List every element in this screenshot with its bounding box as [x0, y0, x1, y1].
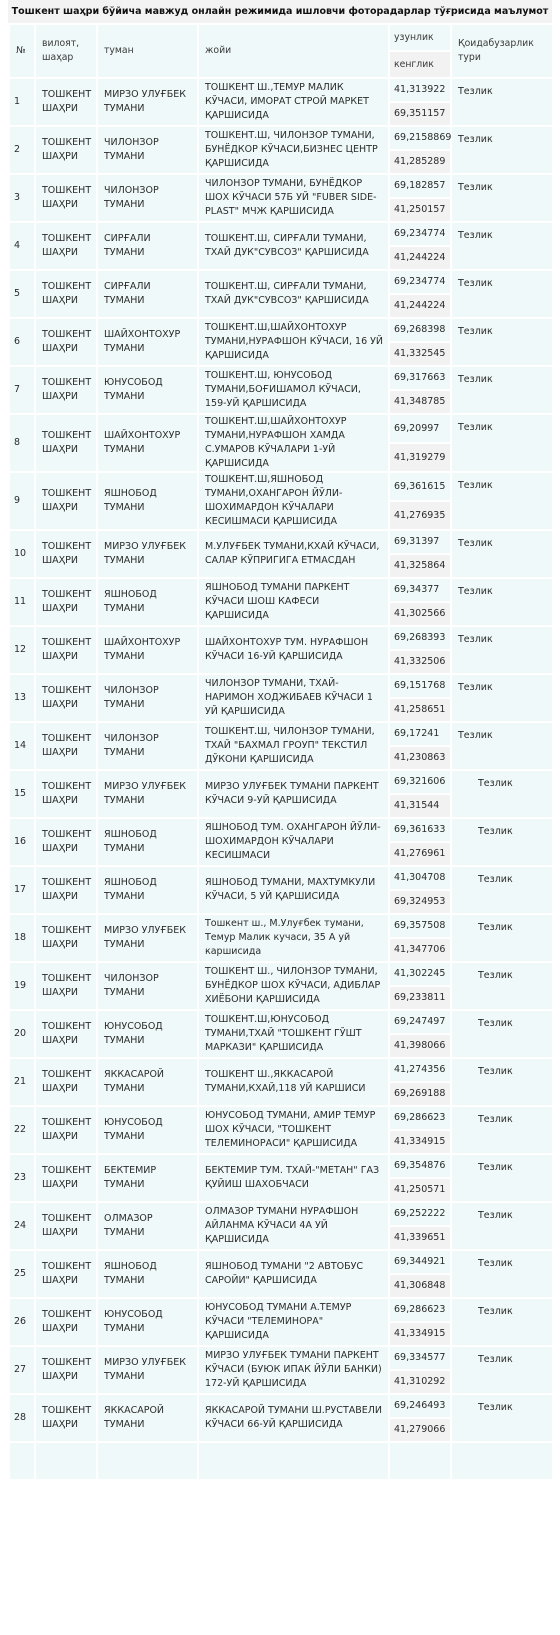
row-district: ЯШНОБОД ТУМАНИ [97, 472, 198, 530]
row-number: 22 [9, 1106, 35, 1154]
row-violation-type: Тезлик [451, 366, 553, 414]
row-location: ТОШКЕНТ Ш., ЧИЛОНЗОР ТУМАНИ, БУНЁДКОР ШО… [198, 962, 389, 1010]
row-district: МИРЗО УЛУҒБЕК ТУМАНИ [97, 770, 198, 818]
row-coordinate-2: 41,398066 [389, 1034, 451, 1058]
row-region: ТОШКЕНТ ШАҲРИ [35, 1202, 97, 1250]
header-region: вилоят, шаҳар [35, 24, 97, 78]
row-number: 19 [9, 962, 35, 1010]
table-row: 22ТОШКЕНТ ШАҲРИЮНУСОБОД ТУМАНИЮНУСОБОД Т… [9, 1106, 553, 1130]
table-row-empty [9, 1442, 553, 1480]
row-location: ТОШКЕНТ.Ш, ЧИЛОНЗОР ТУМАНИ, БУНЁДКОР КЎЧ… [198, 126, 389, 174]
row-region: ТОШКЕНТ ШАҲРИ [35, 1394, 97, 1442]
row-coordinate-2: 41,279066 [389, 1418, 451, 1442]
row-coordinate-1: 69,334577 [389, 1346, 451, 1370]
table-row: 28ТОШКЕНТ ШАҲРИЯККАСАРОЙ ТУМАНИЯККАСАРОЙ… [9, 1394, 553, 1418]
row-coordinate-2: 41,332506 [389, 650, 451, 674]
table-row: 8ТОШКЕНТ ШАҲРИШАЙХОНТОХУР ТУМАНИТОШКЕНТ.… [9, 414, 553, 443]
row-region: ТОШКЕНТ ШАҲРИ [35, 318, 97, 366]
row-district: ОЛМАЗОР ТУМАНИ [97, 1202, 198, 1250]
row-location: МИРЗО УЛУҒБЕК ТУМАНИ ПАРКЕНТ КЎЧАСИ 9-УЙ… [198, 770, 389, 818]
row-district: ЧИЛОНЗОР ТУМАНИ [97, 126, 198, 174]
row-number: 18 [9, 914, 35, 962]
row-coordinate-1: 69,17241 [389, 722, 451, 746]
table-row: 5ТОШКЕНТ ШАҲРИСИРҒАЛИ ТУМАНИТОШКЕНТ.Ш, С… [9, 270, 553, 294]
row-district: ЯШНОБОД ТУМАНИ [97, 818, 198, 866]
row-violation-type: Тезлик [451, 866, 553, 914]
table-row: 15ТОШКЕНТ ШАҲРИМИРЗО УЛУҒБЕК ТУМАНИМИРЗО… [9, 770, 553, 794]
row-region: ТОШКЕНТ ШАҲРИ [35, 366, 97, 414]
row-location: ЧИЛОНЗОР ТУМАНИ, БУНЁДКОР ШОХ КЎЧАСИ 57Б… [198, 174, 389, 222]
row-region: ТОШКЕНТ ШАҲРИ [35, 1154, 97, 1202]
row-violation-type: Тезлик [451, 1010, 553, 1058]
row-violation-type: Тезлик [451, 626, 553, 674]
row-region: ТОШКЕНТ ШАҲРИ [35, 174, 97, 222]
row-coordinate-1: 69,2158869 [389, 126, 451, 150]
row-location: Тошкент ш., М.Улуғбек тумани, Темур Мали… [198, 914, 389, 962]
radar-table: № вилоят, шаҳар туман жойи узунлик Қоида… [8, 23, 554, 1481]
row-location: ЯШНОБОД ТУМ. ОХАНГАРОН ЙЎЛИ-ШОХИМАРДОН К… [198, 818, 389, 866]
row-number: 6 [9, 318, 35, 366]
row-coordinate-2: 41,348785 [389, 390, 451, 414]
row-district: ШАЙХОНТОХУР ТУМАНИ [97, 626, 198, 674]
row-location: БЕКТЕМИР ТУМ. ТХАЙ-"МЕТАН" ГАЗ ҚУЙИШ ШАХ… [198, 1154, 389, 1202]
row-district: ЯШНОБОД ТУМАНИ [97, 866, 198, 914]
row-location: ТОШКЕНТ.Ш, СИРҒАЛИ ТУМАНИ, ТХАЙ ДУК"СУВС… [198, 222, 389, 270]
row-district: ЮНУСОБОД ТУМАНИ [97, 1010, 198, 1058]
row-region: ТОШКЕНТ ШАҲРИ [35, 270, 97, 318]
row-region: ТОШКЕНТ ШАҲРИ [35, 1346, 97, 1394]
table-row: 20ТОШКЕНТ ШАҲРИЮНУСОБОД ТУМАНИТОШКЕНТ.Ш,… [9, 1010, 553, 1034]
row-coordinate-1: 69,182857 [389, 174, 451, 198]
empty-cell [35, 1442, 97, 1480]
table-row: 10ТОШКЕНТ ШАҲРИМИРЗО УЛУҒБЕК ТУМАНИМ.УЛУ… [9, 530, 553, 554]
row-location: ТОШКЕНТ.Ш, ЧИЛОНЗОР ТУМАНИ, ТХАЙ "БАХМАЛ… [198, 722, 389, 770]
row-region: ТОШКЕНТ ШАҲРИ [35, 222, 97, 270]
row-coordinate-1: 69,286623 [389, 1106, 451, 1130]
row-number: 20 [9, 1010, 35, 1058]
header-district: туман [97, 24, 198, 78]
row-coordinate-2: 41,325864 [389, 554, 451, 578]
row-district: ЯШНОБОД ТУМАНИ [97, 578, 198, 626]
row-coordinate-1: 69,31397 [389, 530, 451, 554]
row-coordinate-1: 69,151768 [389, 674, 451, 698]
table-row: 3ТОШКЕНТ ШАҲРИЧИЛОНЗОР ТУМАНИЧИЛОНЗОР ТУ… [9, 174, 553, 198]
row-violation-type: Тезлик [451, 818, 553, 866]
row-violation-type: Тезлик [451, 914, 553, 962]
row-violation-type: Тезлик [451, 1394, 553, 1442]
row-coordinate-2: 41,306848 [389, 1274, 451, 1298]
row-number: 8 [9, 414, 35, 472]
row-number: 3 [9, 174, 35, 222]
row-violation-type: Тезлик [451, 270, 553, 318]
row-violation-type: Тезлик [451, 722, 553, 770]
row-coordinate-1: 69,317663 [389, 366, 451, 390]
row-district: ЮНУСОБОД ТУМАНИ [97, 1106, 198, 1154]
row-coordinate-1: 69,252222 [389, 1202, 451, 1226]
row-location: ТОШКЕНТ.Ш,ШАЙХОНТОХУР ТУМАНИ,НУРАФШОН ХА… [198, 414, 389, 472]
row-number: 5 [9, 270, 35, 318]
row-coordinate-1: 69,246493 [389, 1394, 451, 1418]
row-coordinate-2: 41,332545 [389, 342, 451, 366]
table-body: 1ТОШКЕНТ ШАҲРИМИРЗО УЛУҒБЕК ТУМАНИТОШКЕН… [9, 78, 553, 1480]
row-coordinate-2: 69,351157 [389, 102, 451, 126]
row-region: ТОШКЕНТ ШАҲРИ [35, 530, 97, 578]
row-number: 1 [9, 78, 35, 126]
row-coordinate-2: 41,310292 [389, 1370, 451, 1394]
empty-cell [198, 1442, 389, 1480]
row-number: 17 [9, 866, 35, 914]
header-latitude: кенглик [389, 51, 451, 78]
row-region: ТОШКЕНТ ШАҲРИ [35, 770, 97, 818]
row-number: 7 [9, 366, 35, 414]
row-coordinate-2: 41,347706 [389, 938, 451, 962]
row-district: ЧИЛОНЗОР ТУМАНИ [97, 722, 198, 770]
row-coordinate-1: 69,234774 [389, 270, 451, 294]
empty-cell [451, 1442, 553, 1480]
row-district: СИРҒАЛИ ТУМАНИ [97, 222, 198, 270]
row-coordinate-1: 41,302245 [389, 962, 451, 986]
row-number: 9 [9, 472, 35, 530]
table-row: 16ТОШКЕНТ ШАҲРИЯШНОБОД ТУМАНИЯШНОБОД ТУМ… [9, 818, 553, 842]
table-row: 14ТОШКЕНТ ШАҲРИЧИЛОНЗОР ТУМАНИТОШКЕНТ.Ш,… [9, 722, 553, 746]
header-location: жойи [198, 24, 389, 78]
row-coordinate-1: 69,234774 [389, 222, 451, 246]
header-longitude: узунлик [389, 24, 451, 51]
row-region: ТОШКЕНТ ШАҲРИ [35, 626, 97, 674]
row-district: ЧИЛОНЗОР ТУМАНИ [97, 174, 198, 222]
row-violation-type: Тезлик [451, 472, 553, 530]
table-row: 4ТОШКЕНТ ШАҲРИСИРҒАЛИ ТУМАНИТОШКЕНТ.Ш, С… [9, 222, 553, 246]
row-region: ТОШКЕНТ ШАҲРИ [35, 414, 97, 472]
row-violation-type: Тезлик [451, 1346, 553, 1394]
row-coordinate-1: 69,247497 [389, 1010, 451, 1034]
row-violation-type: Тезлик [451, 1250, 553, 1298]
row-coordinate-1: 69,286623 [389, 1298, 451, 1322]
table-row: 9ТОШКЕНТ ШАҲРИЯШНОБОД ТУМАНИТОШКЕНТ.Ш,ЯШ… [9, 472, 553, 501]
row-violation-type: Тезлик [451, 962, 553, 1010]
row-coordinate-2: 41,285289 [389, 150, 451, 174]
row-coordinate-2: 41,276935 [389, 501, 451, 530]
table-row: 17ТОШКЕНТ ШАҲРИЯШНОБОД ТУМАНИЯШНОБОД ТУМ… [9, 866, 553, 890]
row-location: ЧИЛОНЗОР ТУМАНИ, ТХАЙ-НАРИМОН ХОДЖИБАЕВ … [198, 674, 389, 722]
row-coordinate-1: 69,354876 [389, 1154, 451, 1178]
table-row: 18ТОШКЕНТ ШАҲРИМИРЗО УЛУҒБЕК ТУМАНИТошке… [9, 914, 553, 938]
table-row: 23ТОШКЕНТ ШАҲРИБЕКТЕМИР ТУМАНИБЕКТЕМИР Т… [9, 1154, 553, 1178]
row-location: ЮНУСОБОД ТУМАНИ А.ТЕМУР КЎЧАСИ "ТЕЛЕМИНО… [198, 1298, 389, 1346]
table-row: 1ТОШКЕНТ ШАҲРИМИРЗО УЛУҒБЕК ТУМАНИТОШКЕН… [9, 78, 553, 102]
row-coordinate-1: 41,274356 [389, 1058, 451, 1082]
table-row: 2ТОШКЕНТ ШАҲРИЧИЛОНЗОР ТУМАНИТОШКЕНТ.Ш, … [9, 126, 553, 150]
table-row: 26ТОШКЕНТ ШАҲРИЮНУСОБОД ТУМАНИЮНУСОБОД Т… [9, 1298, 553, 1322]
table-row: 19ТОШКЕНТ ШАҲРИЧИЛОНЗОР ТУМАНИТОШКЕНТ Ш.… [9, 962, 553, 986]
row-violation-type: Тезлик [451, 174, 553, 222]
row-violation-type: Тезлик [451, 674, 553, 722]
row-location: ШАЙХОНТОХУР ТУМ. НУРАФШОН КЎЧАСИ 16-УЙ Қ… [198, 626, 389, 674]
row-coordinate-2: 41,244224 [389, 246, 451, 270]
row-coordinate-2: 41,339651 [389, 1226, 451, 1250]
row-coordinate-2: 69,233811 [389, 986, 451, 1010]
row-region: ТОШКЕНТ ШАҲРИ [35, 78, 97, 126]
row-coordinate-2: 41,334915 [389, 1322, 451, 1346]
row-district: ШАЙХОНТОХУР ТУМАНИ [97, 318, 198, 366]
row-district: БЕКТЕМИР ТУМАНИ [97, 1154, 198, 1202]
row-number: 14 [9, 722, 35, 770]
table-row: 12ТОШКЕНТ ШАҲРИШАЙХОНТОХУР ТУМАНИШАЙХОНТ… [9, 626, 553, 650]
table-row: 27ТОШКЕНТ ШАҲРИМИРЗО УЛУҒБЕК ТУМАНИМИРЗО… [9, 1346, 553, 1370]
header-violation-type: Қоидабузарлик тури [451, 24, 553, 78]
empty-cell [389, 1442, 451, 1480]
row-violation-type: Тезлик [451, 530, 553, 578]
table-row: 11ТОШКЕНТ ШАҲРИЯШНОБОД ТУМАНИЯШНОБОД ТУМ… [9, 578, 553, 602]
row-number: 15 [9, 770, 35, 818]
row-number: 23 [9, 1154, 35, 1202]
row-district: МИРЗО УЛУҒБЕК ТУМАНИ [97, 530, 198, 578]
row-number: 21 [9, 1058, 35, 1106]
empty-cell [97, 1442, 198, 1480]
row-number: 4 [9, 222, 35, 270]
row-coordinate-1: 69,361633 [389, 818, 451, 842]
row-number: 2 [9, 126, 35, 174]
row-violation-type: Тезлик [451, 126, 553, 174]
row-coordinate-2: 41,302566 [389, 602, 451, 626]
radar-info-document: Тошкент шаҳри бўйича мавжуд онлайн режим… [8, 0, 552, 1481]
row-coordinate-2: 41,276961 [389, 842, 451, 866]
page-title: Тошкент шаҳри бўйича мавжуд онлайн режим… [8, 0, 552, 23]
row-coordinate-2: 41,250571 [389, 1178, 451, 1202]
row-coordinate-1: 41,304708 [389, 866, 451, 890]
row-coordinate-1: 69,268393 [389, 626, 451, 650]
row-district: ЯШНОБОД ТУМАНИ [97, 1250, 198, 1298]
row-coordinate-2: 41,31544 [389, 794, 451, 818]
table-header: № вилоят, шаҳар туман жойи узунлик Қоида… [9, 24, 553, 78]
row-number: 16 [9, 818, 35, 866]
row-number: 27 [9, 1346, 35, 1394]
row-district: СИРҒАЛИ ТУМАНИ [97, 270, 198, 318]
row-district: ЮНУСОБОД ТУМАНИ [97, 366, 198, 414]
row-region: ТОШКЕНТ ШАҲРИ [35, 866, 97, 914]
row-coordinate-2: 41,258651 [389, 698, 451, 722]
row-violation-type: Тезлик [451, 222, 553, 270]
row-region: ТОШКЕНТ ШАҲРИ [35, 1058, 97, 1106]
row-district: ЧИЛОНЗОР ТУМАНИ [97, 674, 198, 722]
row-location: ЯШНОБОД ТУМАНИ, МАХТУМКУЛИ КЎЧАСИ, 5 УЙ … [198, 866, 389, 914]
row-coordinate-2: 41,250157 [389, 198, 451, 222]
row-location: ТОШКЕНТ.Ш, СИРҒАЛИ ТУМАНИ, ТХАЙ ДУК"СУВС… [198, 270, 389, 318]
row-violation-type: Тезлик [451, 318, 553, 366]
row-location: ТОШКЕНТ Ш.,ТЕМУР МАЛИК КЎЧАСИ, ИМОРАТ СТ… [198, 78, 389, 126]
row-location: ЯШНОБОД ТУМАНИ ПАРКЕНТ КЎЧАСИ ШОШ КАФЕСИ… [198, 578, 389, 626]
row-district: ЧИЛОНЗОР ТУМАНИ [97, 962, 198, 1010]
row-number: 25 [9, 1250, 35, 1298]
table-row: 7ТОШКЕНТ ШАҲРИЮНУСОБОД ТУМАНИТОШКЕНТ.Ш, … [9, 366, 553, 390]
row-violation-type: Тезлик [451, 1154, 553, 1202]
row-location: ОЛМАЗОР ТУМАНИ НУРАФШОН АЙЛАНМА КЎЧАСИ 4… [198, 1202, 389, 1250]
row-coordinate-1: 69,344921 [389, 1250, 451, 1274]
row-region: ТОШКЕНТ ШАҲРИ [35, 914, 97, 962]
row-coordinate-1: 69,34377 [389, 578, 451, 602]
row-region: ТОШКЕНТ ШАҲРИ [35, 818, 97, 866]
row-district: МИРЗО УЛУҒБЕК ТУМАНИ [97, 914, 198, 962]
row-coordinate-2: 41,319279 [389, 443, 451, 472]
row-location: ТОШКЕНТ.Ш, ЮНУСОБОД ТУМАНИ,БОҒИШАМОЛ КЎЧ… [198, 366, 389, 414]
row-district: ШАЙХОНТОХУР ТУМАНИ [97, 414, 198, 472]
row-number: 26 [9, 1298, 35, 1346]
row-region: ТОШКЕНТ ШАҲРИ [35, 962, 97, 1010]
row-district: ЯККАСАРОЙ ТУМАНИ [97, 1394, 198, 1442]
row-location: ТОШКЕНТ.Ш,ЯШНОБОД ТУМАНИ,ОХАНГАРОН ЙЎЛИ-… [198, 472, 389, 530]
row-district: МИРЗО УЛУҒБЕК ТУМАНИ [97, 1346, 198, 1394]
row-region: ТОШКЕНТ ШАҲРИ [35, 472, 97, 530]
row-coordinate-1: 69,268398 [389, 318, 451, 342]
row-district: МИРЗО УЛУҒБЕК ТУМАНИ [97, 78, 198, 126]
row-location: М.УЛУҒБЕК ТУМАНИ,КХАЙ КЎЧАСИ, САЛАР КЎПР… [198, 530, 389, 578]
row-location: ТОШКЕНТ.Ш,ЮНУСОБОД ТУМАНИ,ТХАЙ "ТОШКЕНТ … [198, 1010, 389, 1058]
row-violation-type: Тезлик [451, 578, 553, 626]
row-coordinate-2: 69,324953 [389, 890, 451, 914]
row-coordinate-2: 41,244224 [389, 294, 451, 318]
row-violation-type: Тезлик [451, 1202, 553, 1250]
row-violation-type: Тезлик [451, 1298, 553, 1346]
row-violation-type: Тезлик [451, 414, 553, 472]
row-region: ТОШКЕНТ ШАҲРИ [35, 1250, 97, 1298]
row-region: ТОШКЕНТ ШАҲРИ [35, 1298, 97, 1346]
table-row: 13ТОШКЕНТ ШАҲРИЧИЛОНЗОР ТУМАНИЧИЛОНЗОР Т… [9, 674, 553, 698]
table-row: 25ТОШКЕНТ ШАҲРИЯШНОБОД ТУМАНИЯШНОБОД ТУМ… [9, 1250, 553, 1274]
row-coordinate-1: 69,20997 [389, 414, 451, 443]
row-violation-type: Тезлик [451, 770, 553, 818]
row-location: ТОШКЕНТ Ш.,ЯККАСАРОЙ ТУМАНИ,КХАЙ,118 УЙ … [198, 1058, 389, 1106]
row-coordinate-1: 69,361615 [389, 472, 451, 501]
row-district: ЯККАСАРОЙ ТУМАНИ [97, 1058, 198, 1106]
row-coordinate-2: 41,230863 [389, 746, 451, 770]
table-row: 24ТОШКЕНТ ШАҲРИОЛМАЗОР ТУМАНИОЛМАЗОР ТУМ… [9, 1202, 553, 1226]
row-region: ТОШКЕНТ ШАҲРИ [35, 1010, 97, 1058]
table-row: 21ТОШКЕНТ ШАҲРИЯККАСАРОЙ ТУМАНИТОШКЕНТ Ш… [9, 1058, 553, 1082]
row-region: ТОШКЕНТ ШАҲРИ [35, 1106, 97, 1154]
row-region: ТОШКЕНТ ШАҲРИ [35, 578, 97, 626]
row-district: ЮНУСОБОД ТУМАНИ [97, 1298, 198, 1346]
row-number: 24 [9, 1202, 35, 1250]
row-location: ЯШНОБОД ТУМАНИ "2 АВТОБУС САРОЙИ" ҚАРШИС… [198, 1250, 389, 1298]
row-coordinate-2: 41,334915 [389, 1130, 451, 1154]
row-coordinate-1: 69,357508 [389, 914, 451, 938]
row-location: ЮНУСОБОД ТУМАНИ, АМИР ТЕМУР ШОХ КЎЧАСИ, … [198, 1106, 389, 1154]
row-number: 28 [9, 1394, 35, 1442]
row-location: ТОШКЕНТ.Ш,ШАЙХОНТОХУР ТУМАНИ,НУРАФШОН КЎ… [198, 318, 389, 366]
table-row: 6ТОШКЕНТ ШАҲРИШАЙХОНТОХУР ТУМАНИТОШКЕНТ.… [9, 318, 553, 342]
row-violation-type: Тезлик [451, 1058, 553, 1106]
row-coordinate-2: 69,269188 [389, 1082, 451, 1106]
row-coordinate-1: 69,321606 [389, 770, 451, 794]
row-number: 12 [9, 626, 35, 674]
row-region: ТОШКЕНТ ШАҲРИ [35, 722, 97, 770]
row-number: 10 [9, 530, 35, 578]
row-location: МИРЗО УЛУҒБЕК ТУМАНИ ПАРКЕНТ КЎЧАСИ (БУЮ… [198, 1346, 389, 1394]
row-coordinate-1: 41,313922 [389, 78, 451, 102]
row-violation-type: Тезлик [451, 78, 553, 126]
header-number: № [9, 24, 35, 78]
row-number: 11 [9, 578, 35, 626]
row-region: ТОШКЕНТ ШАҲРИ [35, 674, 97, 722]
row-violation-type: Тезлик [451, 1106, 553, 1154]
empty-cell [9, 1442, 35, 1480]
row-number: 13 [9, 674, 35, 722]
row-location: ЯККАСАРОЙ ТУМАНИ Ш.РУСТАВЕЛИ КЎЧАСИ 66-У… [198, 1394, 389, 1442]
row-region: ТОШКЕНТ ШАҲРИ [35, 126, 97, 174]
